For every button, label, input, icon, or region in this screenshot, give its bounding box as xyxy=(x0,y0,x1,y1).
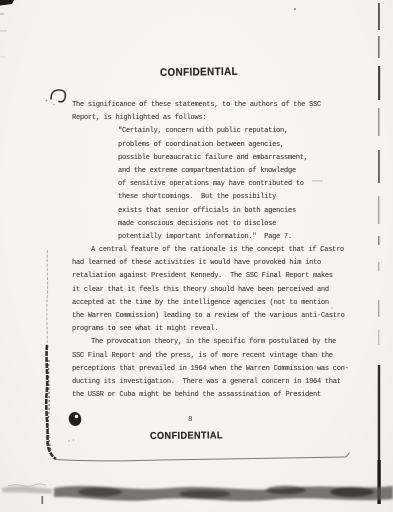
body-line: ducting its investigation. There was a g… xyxy=(72,376,349,389)
scanned-document-page: CONFIDENTIAL The significance of these s… xyxy=(0,0,393,512)
quote-line: problems of coordination between agencie… xyxy=(118,139,349,152)
corner-mark xyxy=(0,0,14,58)
body-line: A central feature of the rationale is th… xyxy=(72,244,349,257)
left-fold-line xyxy=(46,250,56,459)
page-number: 8 xyxy=(188,416,193,424)
quote-line: "Certainly, concern with public reputati… xyxy=(118,125,349,138)
body-line: The provocation theory, in the specific … xyxy=(72,336,349,349)
ink-blob xyxy=(67,411,82,428)
body-line: had learned of these activities it would… xyxy=(72,257,349,270)
tick-mark xyxy=(42,496,44,504)
page-bottom-edge xyxy=(56,453,350,461)
block-quote: "Certainly, concern with public reputati… xyxy=(118,125,349,244)
paragraph-2: A central feature of the rationale is th… xyxy=(72,244,349,336)
confidential-stamp-top: CONFIDENTIAL xyxy=(160,66,238,79)
body-line: the USSR or Cuba might be behind the ass… xyxy=(72,389,349,402)
body-line: it clear that it feels this theory shoul… xyxy=(72,284,349,297)
quote-line: of sensitive operations may have contrib… xyxy=(118,178,349,191)
body-line: SSC Final Report and the press, is of mo… xyxy=(72,350,349,363)
body-line: The significance of these statements, to… xyxy=(72,99,349,112)
quote-line: potentially important information." Page… xyxy=(118,231,349,244)
confidential-stamp-bottom: CONFIDENTIAL xyxy=(150,430,223,442)
body-line: retaliation against President Kennedy. T… xyxy=(72,270,349,283)
quote-line: and the extreme compartmentation of know… xyxy=(118,165,349,178)
quote-line: possible bureaucratic failure and embarr… xyxy=(118,152,349,165)
pen-squiggle-mark xyxy=(46,90,66,105)
quote-line: made conscious decisions not to disclose xyxy=(118,218,349,231)
quote-line: exists that senior officials in both age… xyxy=(118,205,349,218)
faint-pencil-scribble xyxy=(8,484,46,486)
document-body: The significance of these statements, to… xyxy=(72,99,349,402)
body-line: Report, is highlighted as follows: xyxy=(72,112,349,125)
body-line: perceptions that prevailed in 1964 when … xyxy=(72,363,349,376)
body-line: programs to see what it might reveal. xyxy=(72,323,349,336)
scan-smudge-band xyxy=(2,486,393,501)
body-line: the Warren Commission) leading to a revi… xyxy=(72,310,349,323)
quote-line: these shortcomings. But the possibility xyxy=(118,191,349,204)
right-margin-line xyxy=(377,3,380,504)
paragraph-3: The provocation theory, in the specific … xyxy=(72,336,349,402)
body-line: accepted at the time by the intelligence… xyxy=(72,297,349,310)
